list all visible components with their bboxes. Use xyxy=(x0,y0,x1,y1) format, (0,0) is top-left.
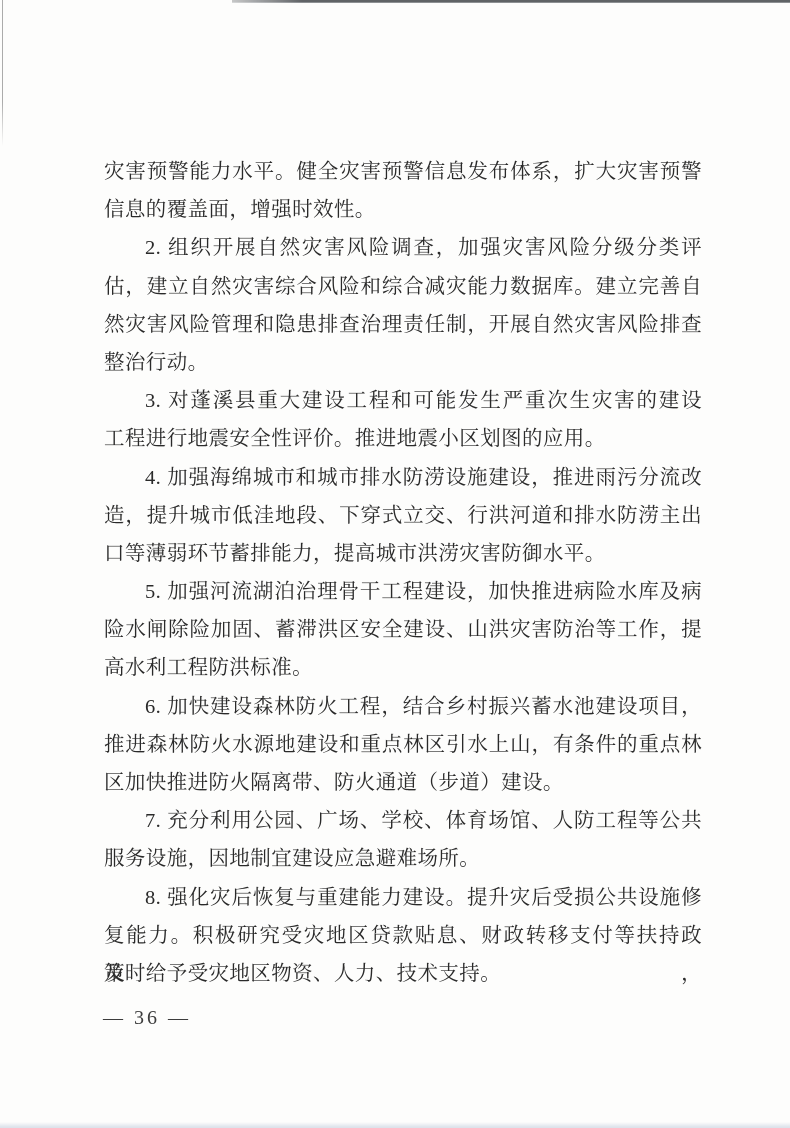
text-line: 4. 加强海绵城市和城市排水防涝设施建设，推进雨污分流改 xyxy=(104,459,702,497)
text-line: 口等薄弱环节蓄排能力，提高城市洪涝灾害防御水平。 xyxy=(104,535,702,573)
text-line: 工程进行地震安全性评价。推进地震小区划图的应用。 xyxy=(104,420,702,458)
scan-edge-bottom-artifact xyxy=(0,1122,790,1128)
text-line: 6. 加快建设森林防火工程，结合乡村振兴蓄水池建设项目， xyxy=(104,688,702,726)
text-line: 险水闸除险加固、蓄滞洪区安全建设、山洪灾害防治等工作，提 xyxy=(104,611,702,649)
text-line: 然灾害风险管理和隐患排查治理责任制，开展自然灾害风险排查 xyxy=(104,306,702,344)
text-line: 推进森林防火水源地建设和重点林区引水上山，有条件的重点林 xyxy=(104,726,702,764)
text-line: 造，提升城市低洼地段、下穿式立交、行洪河道和排水防涝主出 xyxy=(104,497,702,535)
text-line: 信息的覆盖面，增强时效性。 xyxy=(104,191,702,229)
text-line: 复能力。积极研究受灾地区贷款贴息、财政转移支付等扶持政策， xyxy=(104,917,702,955)
text-line: 7. 充分利用公园、广场、学校、体育场馆、人防工程等公共 xyxy=(104,802,702,840)
text-line: 8. 强化灾后恢复与重建能力建设。提升灾后受损公共设施修 xyxy=(104,879,702,917)
text-line: 灾害预警能力水平。健全灾害预警信息发布体系，扩大灾害预警 xyxy=(104,153,702,191)
scan-edge-left-artifact xyxy=(2,0,3,146)
page-number: — 36 — xyxy=(103,1005,191,1031)
scan-edge-top-artifact xyxy=(232,0,790,3)
text-line: 2. 组织开展自然灾害风险调查，加强灾害风险分级分类评 xyxy=(104,229,702,267)
text-line: 高水利工程防洪标准。 xyxy=(104,649,702,687)
document-body: 灾害预警能力水平。健全灾害预警信息发布体系，扩大灾害预警 信息的覆盖面，增强时效… xyxy=(104,153,702,993)
text-line: 3. 对蓬溪县重大建设工程和可能发生严重次生灾害的建设 xyxy=(104,382,702,420)
text-line: 区加快推进防火隔离带、防火通道（步道）建设。 xyxy=(104,764,702,802)
text-line: 5. 加强河流湖泊治理骨干工程建设，加快推进病险水库及病 xyxy=(104,573,702,611)
document-page: 灾害预警能力水平。健全灾害预警信息发布体系，扩大灾害预警 信息的覆盖面，增强时效… xyxy=(0,0,790,1128)
text-line: 整治行动。 xyxy=(104,344,702,382)
text-line: 服务设施，因地制宜建设应急避难场所。 xyxy=(104,840,702,878)
text-line: 估，建立自然灾害综合风险和综合减灾能力数据库。建立完善自 xyxy=(104,268,702,306)
